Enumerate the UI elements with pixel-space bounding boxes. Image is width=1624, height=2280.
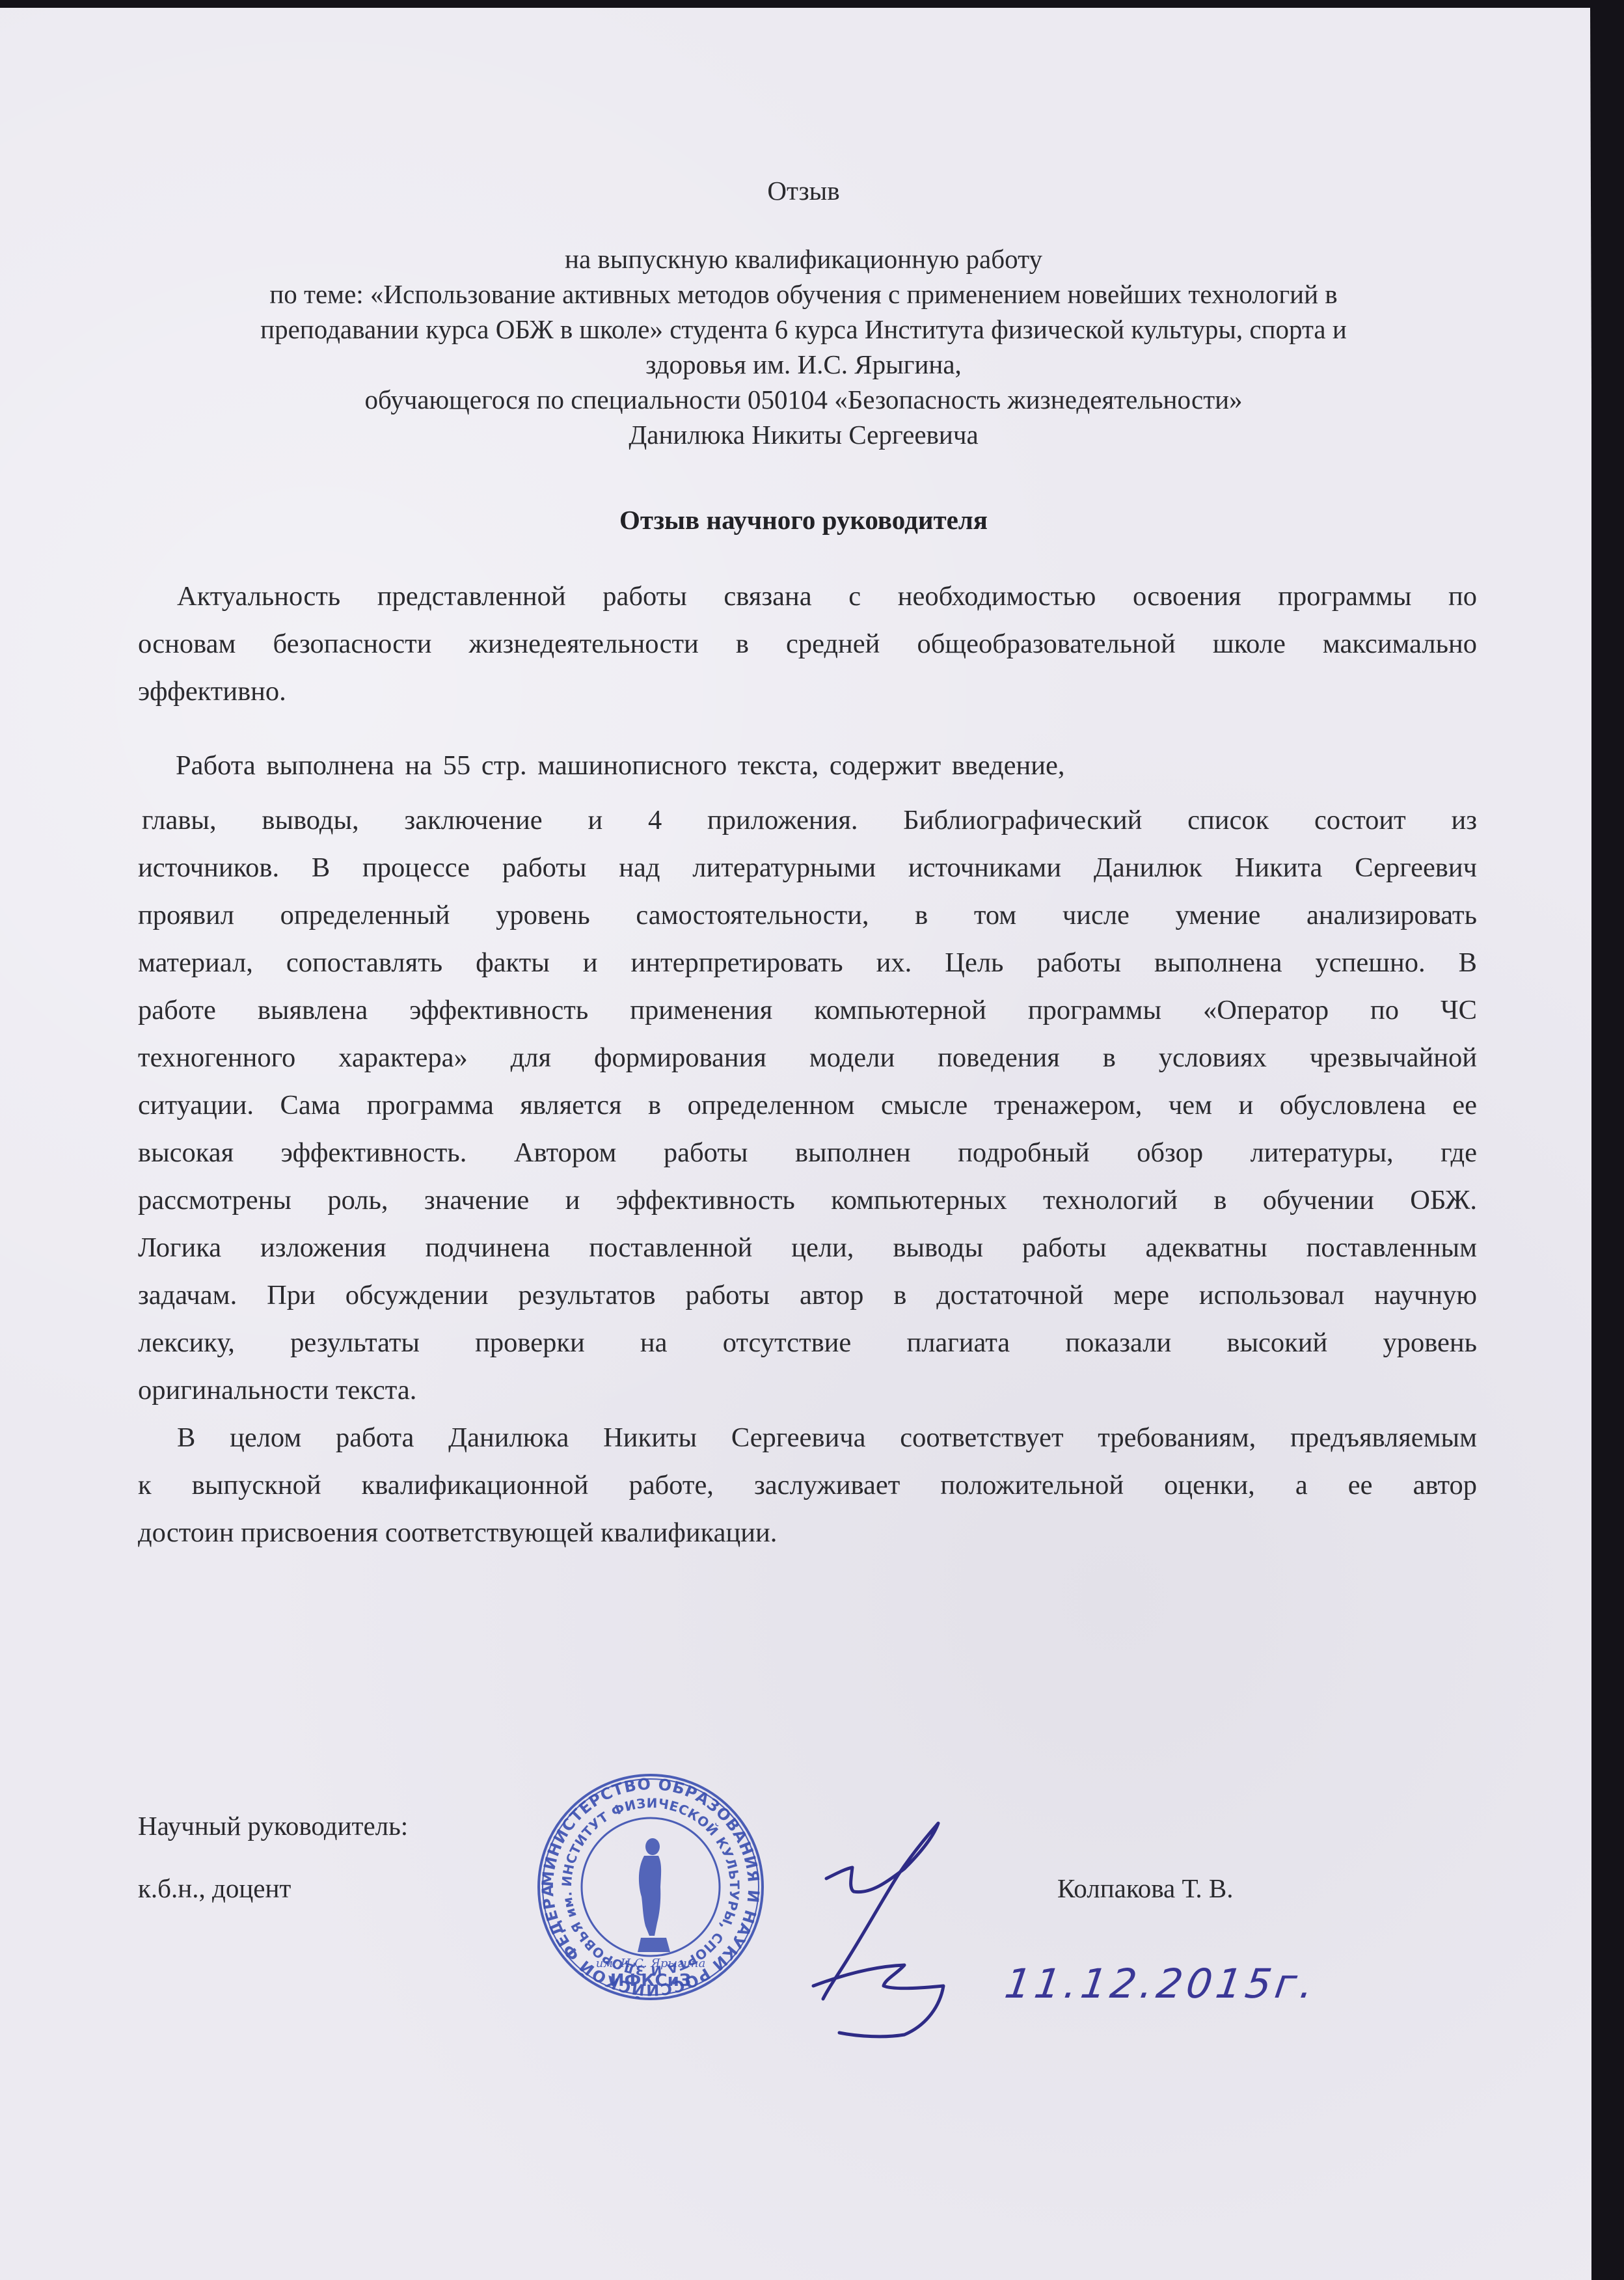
body-line-2: основам безопасности жизнедеятельности в… — [138, 628, 1477, 660]
scanned-paper-page: Отзыв на выпускную квалификационную рабо… — [0, 8, 1591, 2280]
body-line-1: Актуальность представленной работы связа… — [177, 580, 1477, 613]
body-line-19: к выпускной квалификационной работе, зас… — [138, 1469, 1477, 1502]
subheading-line-4: здоровья им. И.С. Ярыгина, — [130, 348, 1477, 381]
body-line-8: материал, сопоставлять факты и интерпрет… — [138, 947, 1477, 979]
body-line-17: оригинальности текста. — [138, 1374, 1477, 1407]
handwritten-date: 11.12.2015г. — [1002, 1960, 1321, 2007]
supervisor-degree-label: к.б.н., доцент — [138, 1872, 291, 1905]
body-line-9: работе выявлена эффективность применения… — [138, 994, 1477, 1027]
subheading-line-6: Данилюка Никиты Сергеевича — [130, 418, 1477, 451]
body-line-7: проявил определенный уровень самостоятел… — [138, 899, 1477, 932]
svg-text:им. И.С. Ярыгина: им. И.С. Ярыгина — [596, 1957, 706, 1970]
body-line-11: ситуации. Сама программа является в опре… — [138, 1089, 1477, 1122]
signature-scribble-icon — [813, 1791, 982, 2051]
body-line-18: В целом работа Данилюка Никиты Сергеевич… — [177, 1422, 1477, 1454]
body-line-5: главы, выводы, заключение и 4 приложения… — [142, 804, 1477, 837]
svg-text:ИФКСиЗ: ИФКСиЗ — [610, 1971, 692, 1990]
body-line-12: высокая эффективность. Автором работы вы… — [138, 1137, 1477, 1169]
body-line-15: задачам. При обсуждении результатов рабо… — [138, 1279, 1477, 1312]
subheading-line-1: на выпускную квалификационную работу — [130, 243, 1477, 275]
supervisor-name: Колпакова Т. В. — [1057, 1872, 1234, 1905]
body-line-16: лексику, результаты проверки на отсутств… — [138, 1327, 1477, 1359]
supervisor-role-label: Научный руководитель: — [138, 1810, 408, 1842]
body-line-13: рассмотрены роль, значение и эффективнос… — [138, 1184, 1477, 1217]
section-title: Отзыв научного руководителя — [130, 504, 1477, 536]
body-line-10: техногенного характера» для формирования… — [138, 1042, 1477, 1074]
body-line-6: источников. В процессе работы над литера… — [138, 852, 1477, 884]
body-line-14: Логика изложения подчинена поставленной … — [138, 1232, 1477, 1264]
body-line-3: эффективно. — [138, 675, 1477, 708]
subheading-line-5: обучающегося по специальности 050104 «Бе… — [130, 383, 1477, 416]
body-line-4: Работа выполнена на 55 стр. машинописног… — [176, 750, 1515, 782]
official-stamp-icon: МИНИСТЕРСТВО ОБРАЗОВАНИЯ И НАУКИ РОССИЙС… — [534, 1770, 768, 2004]
body-line-20: достоин присвоения соответствующей квали… — [138, 1517, 1477, 1549]
subheading-line-2: по теме: «Использование активных методов… — [130, 278, 1477, 310]
subheading-line-3: преподавании курса ОБЖ в школе» студента… — [130, 313, 1477, 346]
document-heading: Отзыв — [130, 174, 1477, 207]
